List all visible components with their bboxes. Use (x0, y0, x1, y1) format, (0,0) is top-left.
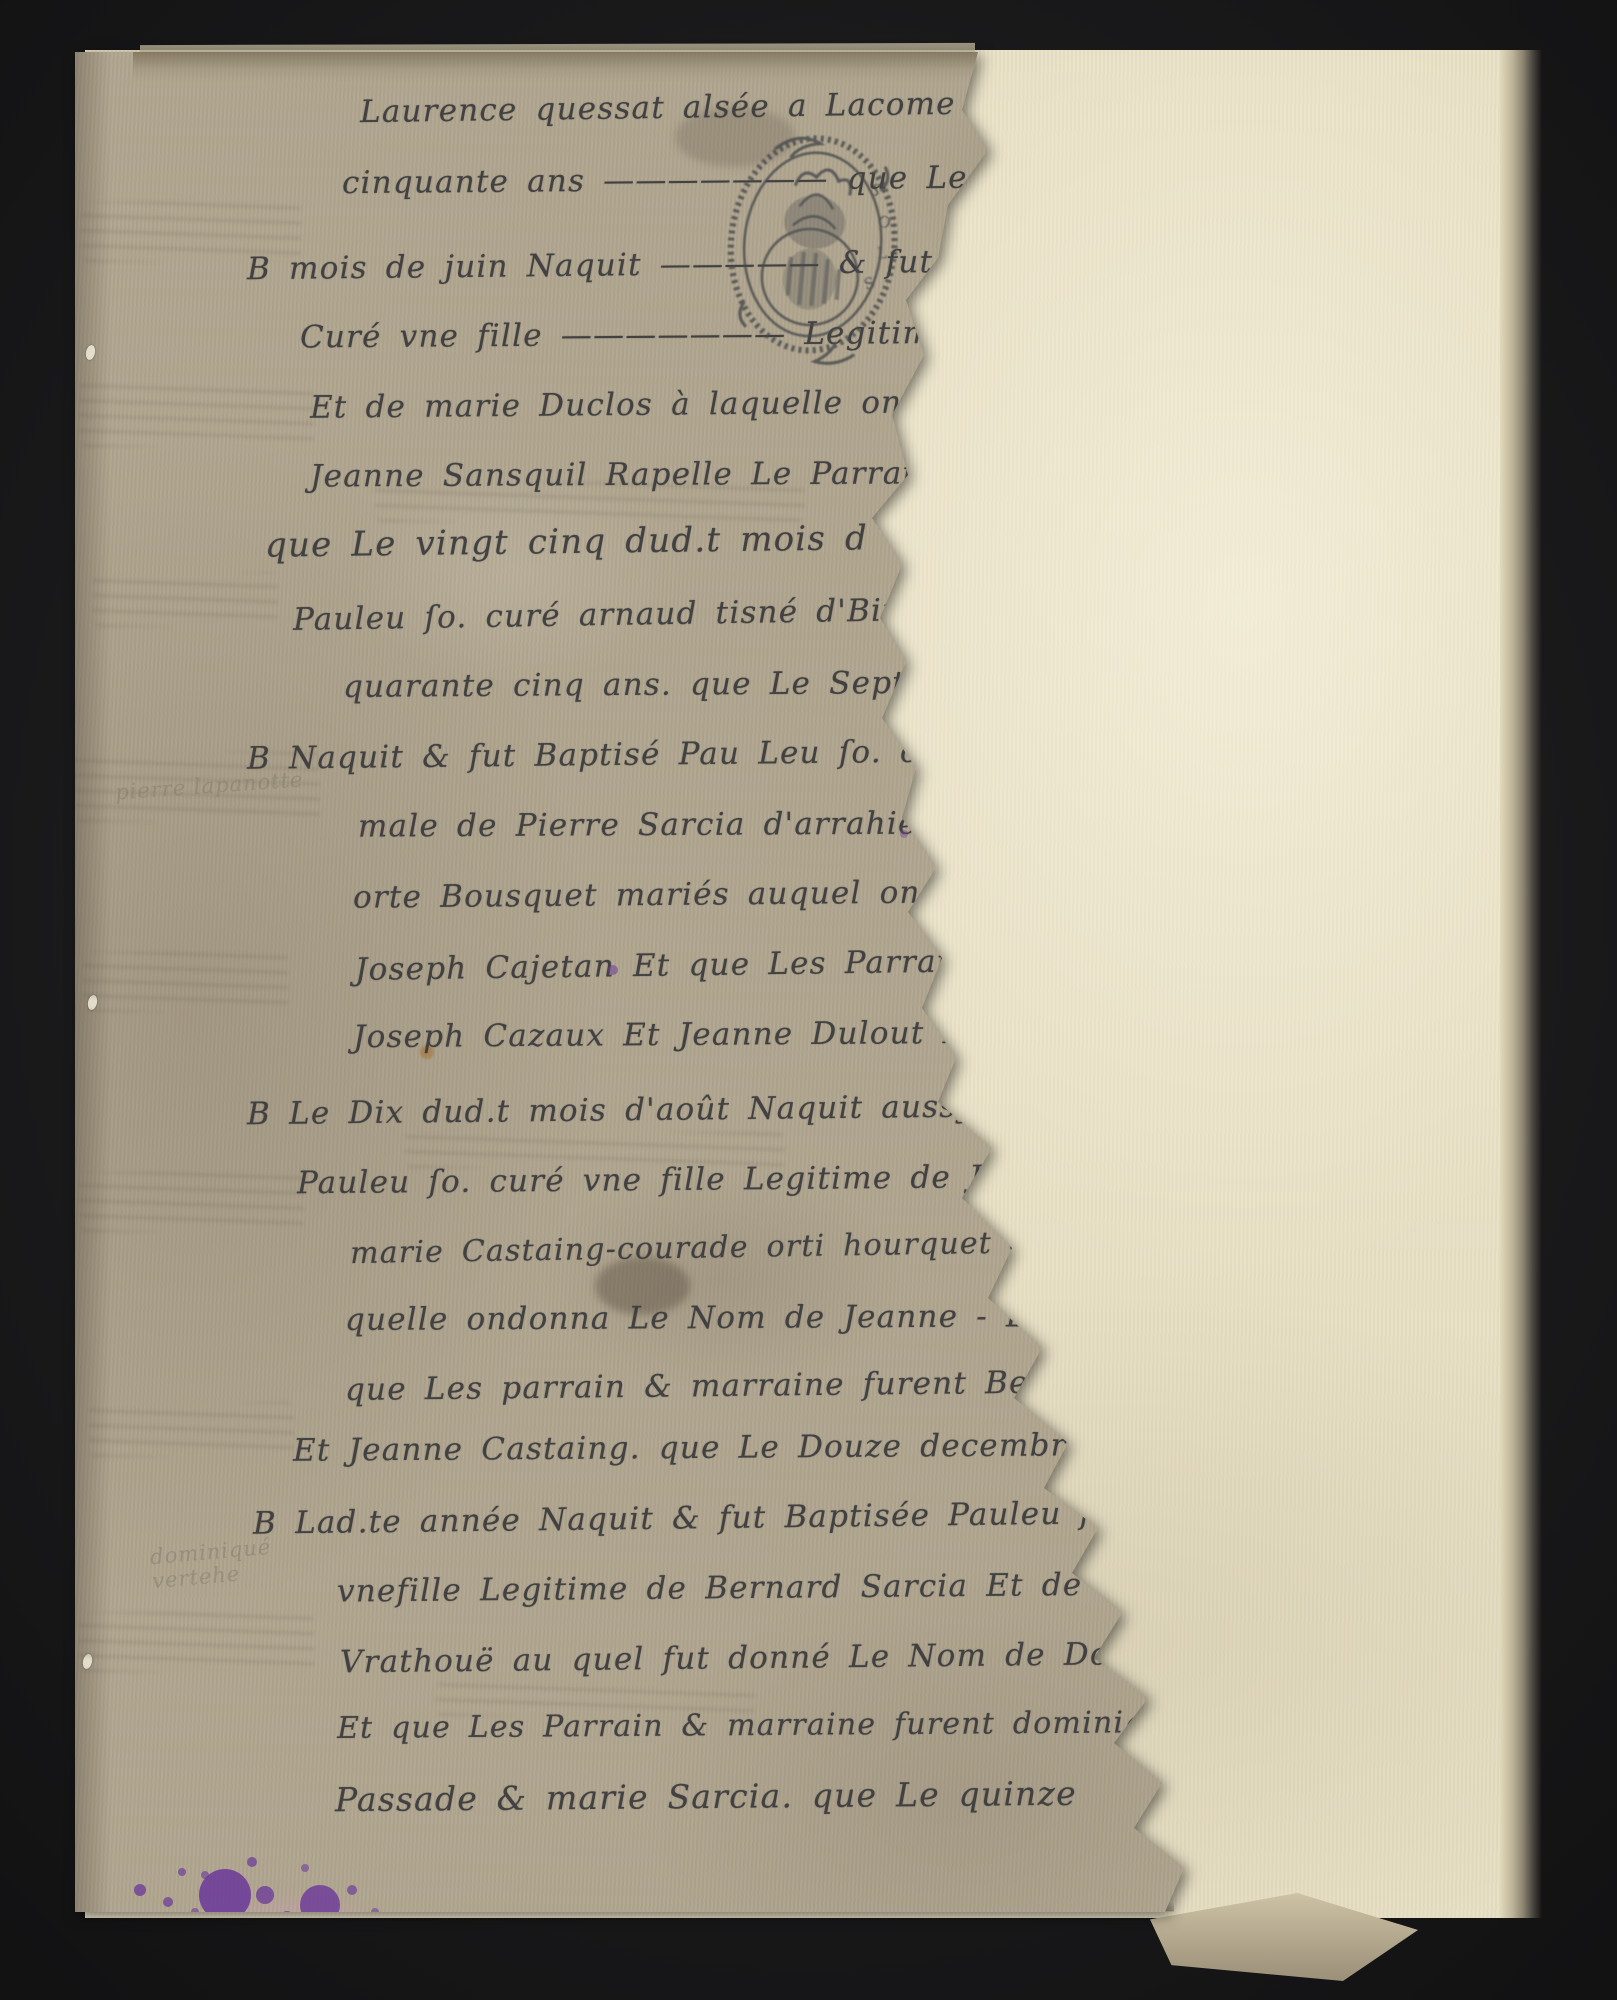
bleedthrough-smudge (79, 1612, 314, 1672)
bleedthrough-smudge (79, 382, 314, 447)
bleedthrough-smudge (89, 1402, 294, 1457)
manuscript-line: quelle ondonna Le Nom de Jeanne - Laure (345, 1298, 1104, 1338)
manuscript-line: B Naquit & fut Baptisé Pau Leu ſo. cure (247, 733, 976, 777)
manuscript-line: Pauleu ſo. curé vne fille Legitime de Je… (297, 1159, 1043, 1202)
manuscript-line: B mois de juin Naquit ————— & fut Baptis (247, 243, 1058, 287)
manuscript-line: que Le vingt cinq dud.t mois d (265, 518, 868, 565)
ink-splatter (178, 1868, 186, 1876)
manuscript-line: marie Castaing-courade orti hourquet det… (350, 1224, 1123, 1271)
margin-note-pencil: dominiqué vertehe (149, 1535, 274, 1593)
manuscript-line: Et de marie Duclos à laquelle on d (310, 384, 942, 426)
manuscript-line: Laurence quessat alsée a Lacome (360, 86, 956, 130)
manuscript-line: vnefille Legitime de Bernard Sarcia Et d… (337, 1566, 1151, 1609)
torn-manuscript-page: Laurence quessat alsée a Lacomecinquante… (75, 52, 1545, 1912)
ink-splatter (134, 1884, 146, 1896)
manuscript-line: B Le Dix dud.t mois d'août Naquit aussy … (247, 1088, 1053, 1132)
manuscript-line: Et Jeanne Castaing. que Le Douze decembr… (293, 1427, 1086, 1469)
bleedthrough-smudge (93, 572, 278, 627)
ink-splatter (900, 830, 908, 838)
ink-splatter (608, 965, 618, 975)
manuscript-line: Jeanne Sansquil Rapelle Le Parrai (310, 455, 914, 494)
manuscript-line: B Lad.te année Naquit & fut Baptisée Pau… (253, 1494, 1186, 1541)
photo-background: Laurence quessat alsée a Lacomecinquante… (0, 0, 1617, 2000)
manuscript-line: Joseph Cajetan Et que Les Parrain & m (355, 942, 1065, 988)
ink-splatter (163, 1897, 173, 1907)
page-top-edge (133, 52, 1218, 82)
ink-splatter (301, 1864, 309, 1872)
svg-text:L: L (877, 244, 887, 262)
ink-splatter (300, 1885, 340, 1925)
ink-splatter (226, 1924, 238, 1936)
manuscript-line: Joseph Cazaux Et Jeanne Dulout Bo (353, 1015, 987, 1055)
manuscript-line: Passade & marie Sarcia. que Le quinze (335, 1774, 1077, 1819)
ink-splatter (201, 1871, 209, 1879)
manuscript-line: orte Bousquet mariés auquel on d (353, 874, 960, 915)
manuscript-line: male de Pierre Sarcia d'arrahie & (358, 805, 965, 844)
ink-splatter (247, 1857, 257, 1867)
manuscript-line: que Les parrain & marraine furent Bernar (345, 1364, 1102, 1408)
ink-stamp: S O L S (700, 116, 926, 378)
manuscript-line: Vrathouë au quel fut donné Le Nom de Dom… (340, 1636, 1184, 1681)
bleedthrough-smudge (79, 1172, 304, 1232)
bleedthrough-smudge (83, 952, 288, 1012)
manuscript-sheet-wrap: Laurence quessat alsée a Lacomecinquante… (75, 52, 1545, 1912)
manuscript-line: cinquante ans ——————— que Le vingt (342, 159, 1072, 201)
manuscript-line: Et que Les Parrain & marraine furent dom… (337, 1705, 1184, 1746)
ink-splatter (256, 1886, 274, 1904)
manuscript-line: quarante cinq ans. que Le Sept (343, 665, 906, 705)
manuscript-line: Pauleu ſo. curé arnaud tisné d'Bira (293, 592, 918, 638)
ink-splatter (347, 1885, 357, 1895)
